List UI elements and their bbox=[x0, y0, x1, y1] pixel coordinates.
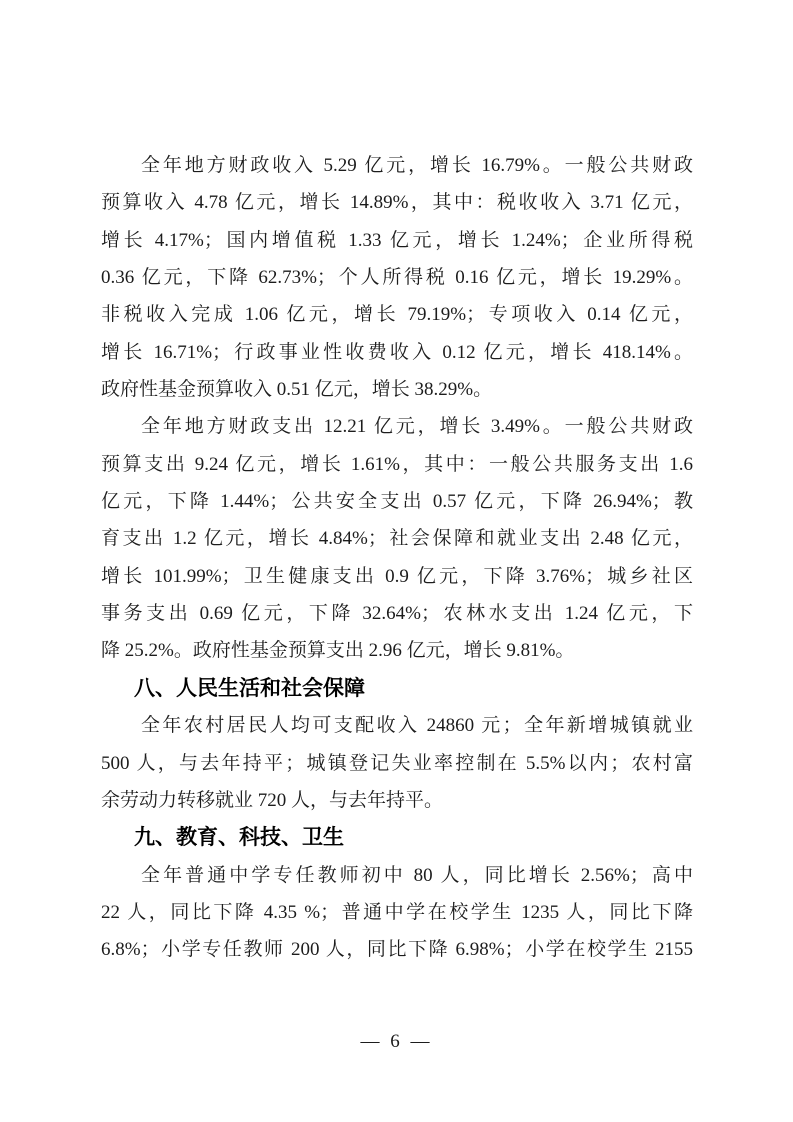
paragraph-education-line: 6.8%；小学专任教师 200 人，同比下降 6.98%；小学在校学生 2155 bbox=[101, 931, 693, 968]
document-body: 全年地方财政收入 5.29 亿元，增长 16.79%。一般公共财政 预算收入 4… bbox=[101, 147, 693, 969]
section-heading-livelihood-social-security: 八、人民生活和社会保障 bbox=[101, 670, 693, 707]
paragraph-fiscal-expenditure-line: 降 25.2%。政府性基金预算支出 2.96 亿元，增长 9.81%。 bbox=[101, 632, 693, 669]
section-heading-education-science-health: 九、教育、科技、卫生 bbox=[101, 819, 693, 856]
paragraph-livelihood-line: 余劳动力转移就业 720 人，与去年持平。 bbox=[101, 782, 693, 819]
paragraph-fiscal-revenue-line: 政府性基金预算收入 0.51 亿元，增长 38.29%。 bbox=[101, 371, 693, 408]
paragraph-fiscal-expenditure-line: 增长 101.99%；卫生健康支出 0.9 亿元，下降 3.76%；城乡社区 bbox=[101, 558, 693, 595]
paragraph-education-line: 全年普通中学专任教师初中 80 人，同比增长 2.56%；高中 bbox=[101, 857, 693, 894]
paragraph-fiscal-revenue-line: 增长 16.71%；行政事业性收费收入 0.12 亿元，增长 418.14%。 bbox=[101, 334, 693, 371]
paragraph-fiscal-expenditure-line: 育支出 1.2 亿元，增长 4.84%；社会保障和就业支出 2.48 亿元， bbox=[101, 520, 693, 557]
paragraph-fiscal-revenue-line: 非税收入完成 1.06 亿元，增长 79.19%；专项收入 0.14 亿元， bbox=[101, 296, 693, 333]
document-page: 全年地方财政收入 5.29 亿元，增长 16.79%。一般公共财政 预算收入 4… bbox=[0, 0, 793, 1122]
paragraph-fiscal-expenditure-line: 预算支出 9.24 亿元，增长 1.61%，其中：一般公共服务支出 1.6 bbox=[101, 446, 693, 483]
paragraph-livelihood-line: 500 人，与去年持平；城镇登记失业率控制在 5.5%以内；农村富 bbox=[101, 745, 693, 782]
paragraph-fiscal-expenditure-line: 亿元，下降 1.44%；公共安全支出 0.57 亿元，下降 26.94%；教 bbox=[101, 483, 693, 520]
paragraph-fiscal-revenue-line: 全年地方财政收入 5.29 亿元，增长 16.79%。一般公共财政 bbox=[101, 147, 693, 184]
paragraph-fiscal-expenditure-line: 事务支出 0.69 亿元，下降 32.64%；农林水支出 1.24 亿元，下 bbox=[101, 595, 693, 632]
paragraph-fiscal-revenue-line: 预算收入 4.78 亿元，增长 14.89%，其中：税收收入 3.71 亿元， bbox=[101, 184, 693, 221]
paragraph-education-line: 22 人，同比下降 4.35 %；普通中学在校学生 1235 人，同比下降 bbox=[101, 894, 693, 931]
paragraph-fiscal-revenue-line: 增长 4.17%；国内增值税 1.33 亿元，增长 1.24%；企业所得税 bbox=[101, 222, 693, 259]
paragraph-fiscal-expenditure-line: 全年地方财政支出 12.21 亿元，增长 3.49%。一般公共财政 bbox=[101, 408, 693, 445]
page-number: — 6 — bbox=[0, 1030, 793, 1054]
paragraph-livelihood-line: 全年农村居民人均可支配收入 24860 元；全年新增城镇就业 bbox=[101, 707, 693, 744]
paragraph-fiscal-revenue-line: 0.36 亿元，下降 62.73%；个人所得税 0.16 亿元，增长 19.29… bbox=[101, 259, 693, 296]
